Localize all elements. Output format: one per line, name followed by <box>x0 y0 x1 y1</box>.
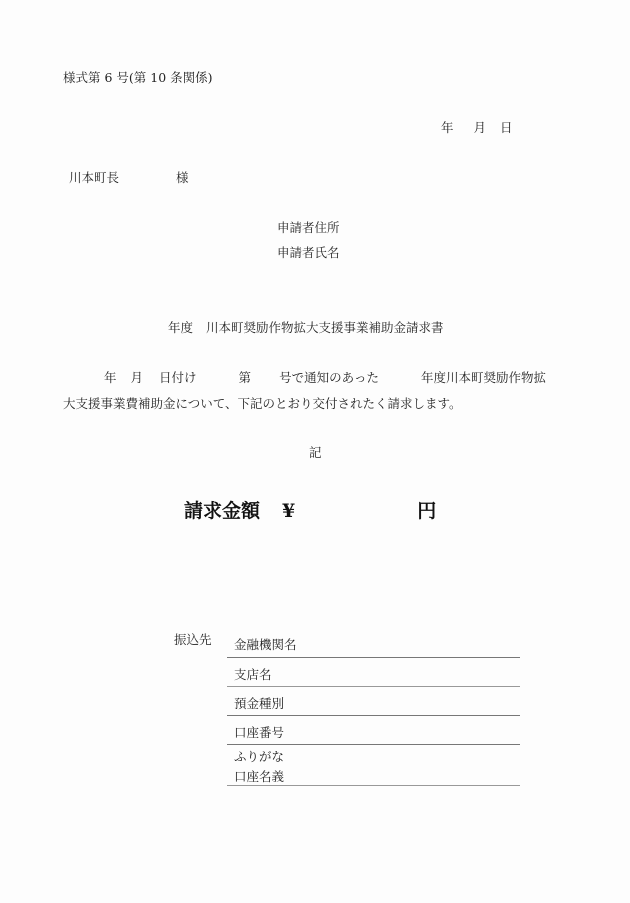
body-day: 日付け <box>159 370 197 385</box>
branch-name-field-line[interactable] <box>227 686 520 687</box>
addressee-honorific: 様 <box>176 170 189 185</box>
body-line-2: 大支援事業費補助金について、下記のとおり交付されたく請求します。 <box>63 394 462 412</box>
account-holder-field-line[interactable] <box>227 785 520 786</box>
amount-line: 請求金額¥円 <box>184 496 436 523</box>
applicant-name-label: 申請者氏名 <box>277 243 340 261</box>
yen-sign: ¥ <box>282 500 295 522</box>
transfer-label: 振込先 <box>174 630 212 648</box>
body-dai: 第 <box>239 370 252 385</box>
title-year-prefix: 年度 <box>168 320 193 335</box>
body-tail: 年度川本町奨励作物拡 <box>421 370 546 385</box>
body-notice: 号で通知のあった <box>279 370 379 385</box>
date-year: 年 <box>441 120 454 135</box>
document-title: 年度川本町奨励作物拡大支援事業補助金請求書 <box>168 318 444 336</box>
applicant-address-label: 申請者住所 <box>277 218 340 236</box>
date-day: 日 <box>500 120 513 135</box>
form-number: 様式第 6 号(第 10 条関係) <box>63 68 213 86</box>
addressee-name: 川本町長 <box>69 170 119 185</box>
date-month: 月 <box>474 120 487 135</box>
body-line-1: 年月日付け第号で通知のあった年度川本町奨励作物拡 <box>104 368 546 386</box>
body-month: 月 <box>131 370 144 385</box>
bank-name-label: 金融機関名 <box>234 635 297 653</box>
account-type-label: 預金種別 <box>234 694 284 712</box>
account-number-field-line[interactable] <box>227 744 520 745</box>
account-number-label: 口座番号 <box>234 723 284 741</box>
amount-label: 請求金額 <box>184 500 260 522</box>
account-holder-label: 口座名義 <box>234 767 284 785</box>
furigana-label: ふりがな <box>234 747 284 765</box>
branch-name-label: 支店名 <box>234 665 272 683</box>
addressee: 川本町長様 <box>69 168 189 186</box>
yen-unit: 円 <box>417 500 436 522</box>
title-main: 川本町奨励作物拡大支援事業補助金請求書 <box>206 320 444 335</box>
ki-label: 記 <box>309 443 322 461</box>
account-type-field-line[interactable] <box>227 715 520 716</box>
bank-name-field-line[interactable] <box>227 657 520 658</box>
body-year: 年 <box>104 370 117 385</box>
date-fields: 年月日 <box>441 118 513 136</box>
